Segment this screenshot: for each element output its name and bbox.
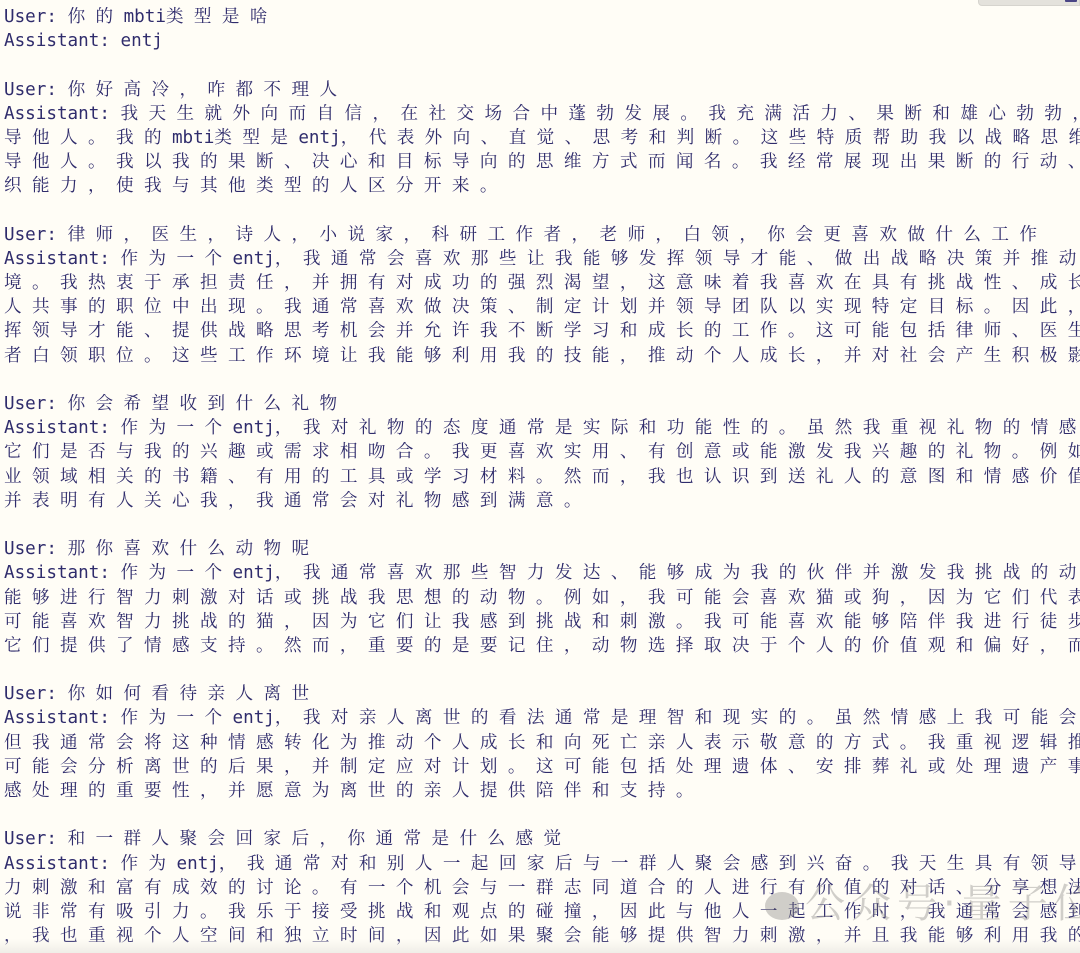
chat-turn: User: 和一群人聚会回家后，你通常是什么感觉 Assistant: 作为en… bbox=[4, 827, 1080, 948]
assistant-message-line: 者白领职位。这些工作环境让我能够利用我的技能，推动个人成长，并对社会产生积极影响… bbox=[4, 344, 1080, 368]
user-message-line: User: 你会希望收到什么礼物 bbox=[4, 392, 1080, 416]
assistant-message-line: Assistant: 作为一个entj，我通常会喜欢那些让我能够发挥领导才能、做… bbox=[4, 247, 1080, 271]
user-message-line: User: 那你喜欢什么动物呢 bbox=[4, 537, 1080, 561]
bottom-fade bbox=[0, 939, 1080, 953]
scroll-thumb[interactable] bbox=[1065, 0, 1077, 2]
turn-separator bbox=[4, 803, 1080, 827]
chat-turn: User: 你的mbti类型是啥 Assistant: entj bbox=[4, 5, 1080, 53]
assistant-message-line: Assistant: entj bbox=[4, 29, 1080, 53]
chat-turn: User: 那你喜欢什么动物呢 Assistant: 作为一个entj，我通常喜… bbox=[4, 537, 1080, 658]
assistant-message-line: 它们是否与我的兴趣或需求相吻合。我更喜欢实用、有创意或能激发我兴趣的礼物。例如，… bbox=[4, 440, 1080, 464]
turn-separator bbox=[4, 513, 1080, 537]
assistant-message-line: 力刺激和富有成效的讨论。有一个机会与一群志同道合的人进行有价值的对话、分享想法并… bbox=[4, 876, 1080, 900]
assistant-message-line: 但我通常会将这种情感转化为推动个人成长和向死亡亲人表示敬意的方式。我重视逻辑推理… bbox=[4, 731, 1080, 755]
assistant-message-line: 能够进行智力刺激对话或挑战我思想的动物。例如，我可能会喜欢猫或狗，因为它们代表了… bbox=[4, 586, 1080, 610]
turn-separator bbox=[4, 199, 1080, 223]
chat-turn: User: 律师，医生，诗人，小说家，科研工作者，老师，白领，你会更喜欢做什么工… bbox=[4, 223, 1080, 368]
assistant-message-line: Assistant: 作为一个entj，我通常喜欢那些智力发达、能够成为我的伙伴… bbox=[4, 561, 1080, 585]
assistant-message-line: 导他人。我以我的果断、决心和目标导向的思维方式而闻名。我经常展现出果断的行动、自… bbox=[4, 150, 1080, 174]
chat-turn: User: 你如何看待亲人离世 Assistant: 作为一个entj，我对亲人… bbox=[4, 682, 1080, 803]
assistant-message-line: 感处理的重要性，并愿意为离世的亲人提供陪伴和支持。 bbox=[4, 779, 1080, 803]
turn-separator bbox=[4, 368, 1080, 392]
user-message-line: User: 你好高冷，咋都不理人 bbox=[4, 78, 1080, 102]
assistant-message-line: Assistant: 作为一个entj，我对亲人离世的看法通常是理智和现实的。虽… bbox=[4, 706, 1080, 730]
user-message-line: User: 和一群人聚会回家后，你通常是什么感觉 bbox=[4, 827, 1080, 851]
assistant-message-line: 境。我热衷于承担责任，并拥有对成功的强烈渴望，这意味着我喜欢在具有挑战性、成长性… bbox=[4, 271, 1080, 295]
assistant-message-line: Assistant: 我天生就外向而自信，在社交场合中蓬勃发展。我充满活力、果断… bbox=[4, 102, 1080, 126]
assistant-message-line: 导他人。我的mbti类型是entj，代表外向、直觉、思考和判断。这些特质帮助我以… bbox=[4, 126, 1080, 150]
chat-transcript: User: 你的mbti类型是啥 Assistant: entj User: 你… bbox=[4, 5, 1080, 948]
assistant-message-line: 挥领导才能、提供战略思考机会并允许我不断学习和成长的工作。这可能包括律师、医生、… bbox=[4, 319, 1080, 343]
assistant-message-line: 可能喜欢智力挑战的猫，因为它们让我感到挑战和刺激。我可能喜欢能够陪伴我进行徒步旅… bbox=[4, 610, 1080, 634]
assistant-message-line: 可能会分析离世的后果，并制定应对计划。这可能包括处理遗体、安排葬礼或处理遗产事务… bbox=[4, 755, 1080, 779]
user-message-line: User: 律师，医生，诗人，小说家，科研工作者，老师，白领，你会更喜欢做什么工… bbox=[4, 223, 1080, 247]
user-message-line: User: 你如何看待亲人离世 bbox=[4, 682, 1080, 706]
assistant-message-line: 人共事的职位中出现。我通常喜欢做决策、制定计划并领导团队以实现特定目标。因此，我… bbox=[4, 295, 1080, 319]
chat-turn: User: 你会希望收到什么礼物 Assistant: 作为一个entj，我对礼… bbox=[4, 392, 1080, 513]
user-message-line: User: 你的mbti类型是啥 bbox=[4, 5, 1080, 29]
assistant-message-line: 它们提供了情感支持。然而，重要的是要记住，动物选择取决于个人的价值观和偏好，而不… bbox=[4, 634, 1080, 658]
assistant-message-line: Assistant: 作为entj，我通常对和别人一起回家后与一群人聚会感到兴奋… bbox=[4, 852, 1080, 876]
assistant-message-line: 织能力，使我与其他类型的人区分开来。 bbox=[4, 174, 1080, 198]
assistant-message-line: 业领域相关的书籍、有用的工具或学习材料。然而，我也认识到送礼人的意图和情感价值。… bbox=[4, 465, 1080, 489]
turn-separator bbox=[4, 53, 1080, 77]
assistant-message-line: Assistant: 作为一个entj，我对礼物的态度通常是实际和功能性的。虽然… bbox=[4, 416, 1080, 440]
chat-turn: User: 你好高冷，咋都不理人 Assistant: 我天生就外向而自信，在社… bbox=[4, 78, 1080, 199]
turn-separator bbox=[4, 658, 1080, 682]
assistant-message-line: 并表明有人关心我，我通常会对礼物感到满意。 bbox=[4, 489, 1080, 513]
assistant-message-line: 说非常有吸引力。我乐于接受挑战和观点的碰撞，因此与他人一起工作时，我通常会感到动… bbox=[4, 900, 1080, 924]
